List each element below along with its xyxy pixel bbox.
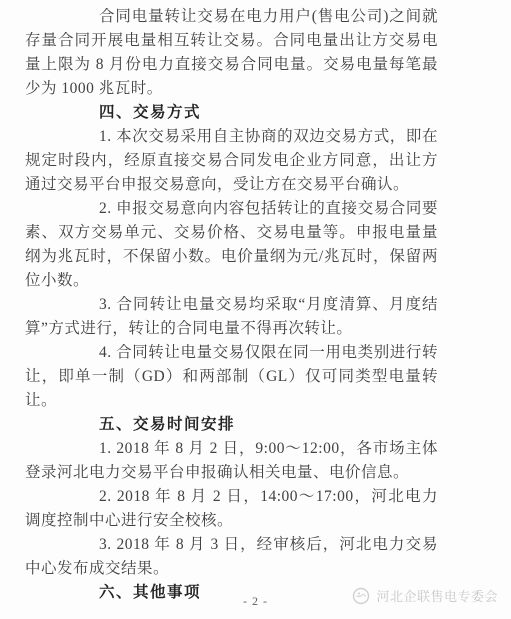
paragraph-4-1: 1. 本次交易采用自主协商的双边交易方式，即在规定时段内，经原直接交易合同发电企…	[25, 125, 438, 197]
paragraph-5-2: 2. 2018 年 8 月 2 日，14:00～17:00，河北电力调度控制中心…	[25, 485, 438, 533]
watermark: 河北企联售电专委会	[352, 586, 498, 605]
paragraph-4-3: 3. 合同转让电量交易均采取“月度清算、月度结算”方式进行，转让的合同电量不得再…	[25, 293, 438, 341]
paragraph-4-2: 2. 申报交易意向内容包括转让的直接交易合同要素、双方交易单元、交易价格、交易电…	[25, 197, 438, 293]
paragraph-4-4: 4. 合同转让电量交易仅限在同一用电类别进行转让，即单一制（GD）和两部制（GL…	[25, 341, 438, 413]
paragraph-5-1: 1. 2018 年 8 月 2 日，9:00～12:00，各市场主体登录河北电力…	[25, 437, 438, 485]
heading-section-five: 五、交易时间安排	[25, 413, 438, 437]
document-page: 合同电量转让交易在电力用户(售电公司)之间就存量合同开展电量相互转让交易。合同电…	[0, 0, 511, 619]
paragraph-5-3: 3. 2018 年 8 月 3 日，经审核后，河北电力交易中心发布成交结果。	[25, 533, 438, 581]
heading-section-four: 四、交易方式	[25, 101, 438, 125]
watermark-text: 河北企联售电专委会	[376, 586, 498, 605]
paragraph-intro: 合同电量转让交易在电力用户(售电公司)之间就存量合同开展电量相互转让交易。合同电…	[25, 5, 438, 101]
watermark-logo-icon	[352, 587, 370, 605]
document-text-block: 合同电量转让交易在电力用户(售电公司)之间就存量合同开展电量相互转让交易。合同电…	[25, 5, 438, 605]
